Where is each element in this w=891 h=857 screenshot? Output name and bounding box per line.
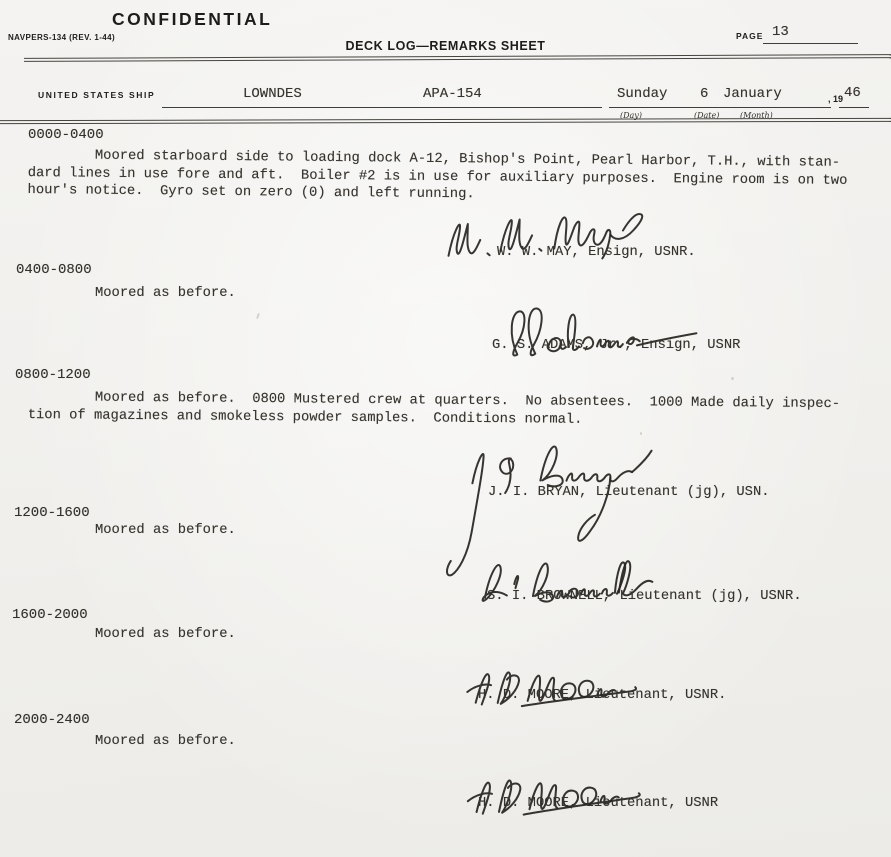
- ship-hull-number: APA-154: [423, 86, 482, 102]
- year-underline: [839, 91, 869, 108]
- ship-name-underline: [162, 91, 602, 108]
- watch-period-label: 0400-0800: [16, 262, 92, 278]
- signature-typed-name: S. I. BROWNELL, Lieutenant (jg), USNR.: [487, 589, 802, 604]
- log-text-line: Moored as before.: [95, 733, 236, 751]
- signature-typed-name: J. I. BRYAN, Lieutenant (jg), USN.: [488, 485, 770, 500]
- classification-stamp: CONFIDENTIAL: [112, 9, 272, 30]
- header-bottom-rule: [0, 118, 891, 125]
- log-entry-text: Moored as before. 0800 Mustered crew at …: [28, 389, 840, 431]
- signature-typed-name: G. S. ADAMS, Jr., Ensign, USNR: [492, 338, 740, 353]
- signature-typed-name: H. D. MOORE, Lieutenant, USNR: [478, 796, 718, 811]
- month-value: January: [723, 86, 782, 102]
- signature-typed-name: W. W. MAY, Ensign, USNR.: [497, 245, 696, 260]
- watch-period-label: 0800-1200: [15, 367, 91, 383]
- watch-period-label: 1600-2000: [12, 607, 88, 623]
- watch-period-label: 0000-0400: [28, 127, 104, 143]
- log-entry-text: Moored starboard side to loading dock A-…: [27, 147, 847, 208]
- ship-name-value: LOWNDES: [243, 86, 302, 102]
- page-title: DECK LOG—REMARKS SHEET: [0, 39, 891, 53]
- scan-speck: [640, 432, 642, 435]
- deck-log-remarks-sheet: CONFIDENTIAL NAVPERS-134 (REV. 1-44) DEC…: [0, 0, 891, 857]
- signature-w-w-may: [439, 194, 659, 275]
- log-entry-text: Moored as before.: [95, 522, 236, 540]
- day-value: Sunday: [617, 86, 667, 102]
- page-number-label: PAGE: [736, 31, 763, 41]
- log-text-line: Moored as before.: [95, 626, 236, 644]
- log-text-line: Moored as before.: [95, 285, 236, 303]
- log-text-line: Moored as before.: [95, 522, 236, 540]
- log-entry-text: Moored as before.: [95, 626, 236, 644]
- watch-period-label: 1200-1600: [14, 505, 90, 521]
- page-number-underline: [763, 27, 858, 44]
- log-entry-text: Moored as before.: [95, 285, 236, 303]
- signature-typed-name: H. D. MOORE, Lieutenant, USNR.: [478, 688, 726, 703]
- ship-name-label: UNITED STATES SHIP: [38, 90, 155, 100]
- log-entry-text: Moored as before.: [95, 733, 236, 751]
- scan-speck: [731, 377, 734, 380]
- signature-h-d-moore: [462, 758, 649, 821]
- watch-period-label: 2000-2400: [14, 712, 90, 728]
- scan-speck: [256, 313, 260, 319]
- date-value: 6: [700, 86, 708, 102]
- header-double-rule: [24, 54, 891, 62]
